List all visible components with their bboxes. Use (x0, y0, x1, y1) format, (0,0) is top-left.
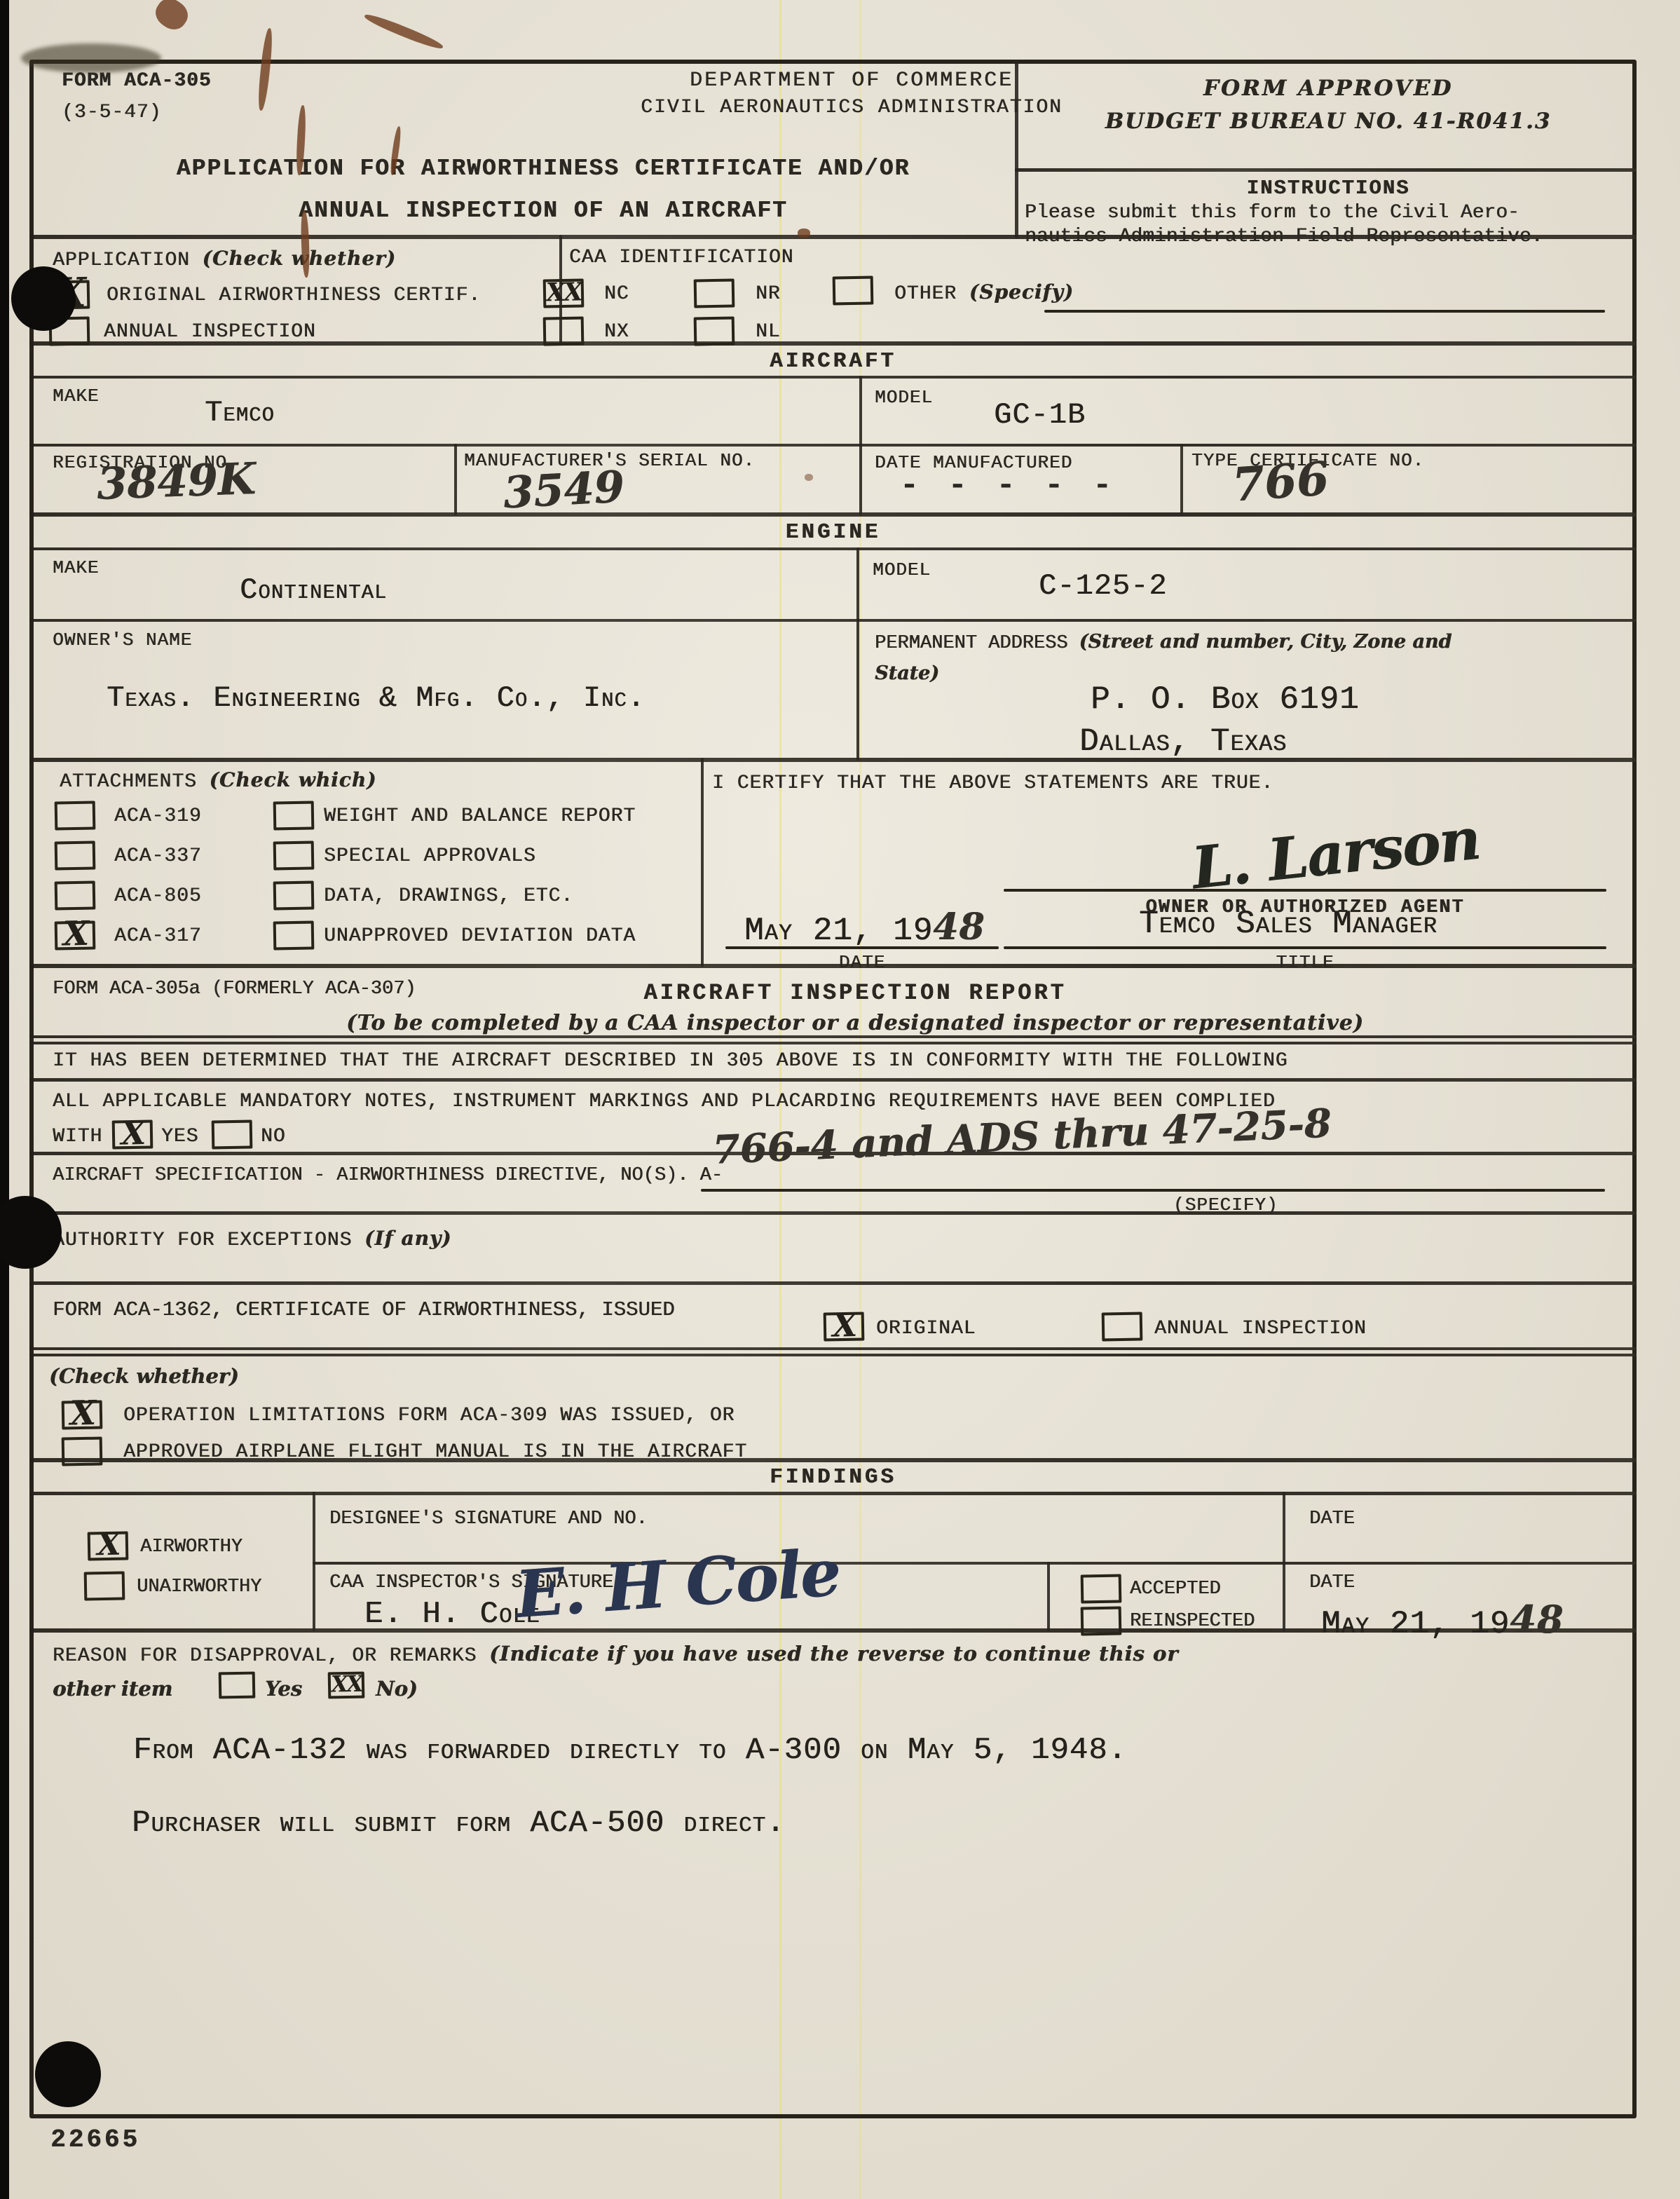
caa-inspector-typed-name: E. H. Cole (364, 1597, 540, 1632)
designee-signature-label: DESIGNEE'S SIGNATURE AND NO. (329, 1509, 648, 1530)
nc-checkmark: XX (546, 277, 582, 307)
aca-805-checkbox (55, 880, 96, 910)
inspection-report-title: AIRCRAFT INSPECTION REPORT (392, 980, 1318, 1006)
original-cert-label: ORIGINAL AIRWORTHINESS CERTIF. (107, 285, 481, 306)
owner-name-value: Texas. Engineering & Mfg. Co., Inc. (107, 681, 646, 715)
vrule-accepted-col (1047, 1562, 1050, 1631)
aircraft-section-title: AIRCRAFT (29, 349, 1637, 374)
vrule-reg-serial (454, 444, 457, 515)
inspection-date-label: DATE (1309, 1572, 1355, 1593)
owner-signature-line (1004, 889, 1606, 892)
issued-original-checkmark: X (832, 1306, 856, 1344)
reinspected-checkbox (1081, 1606, 1122, 1635)
airworthy-checkbox: X (88, 1531, 129, 1560)
data-drawings-checkbox (273, 880, 315, 910)
vrule-findings-left-col (313, 1492, 315, 1631)
specify-label: (SPECIFY) (1173, 1194, 1278, 1216)
accepted-checkbox (1081, 1574, 1122, 1603)
form-305a-line: FORM ACA-305a (FORMERLY ACA-307) (53, 979, 416, 1000)
special-approvals-checkbox (273, 840, 315, 870)
application-label: APPLICATION (Check whether) (53, 247, 396, 271)
engine-model-label: MODEL (873, 559, 931, 580)
remarks-label-line1: REASON FOR DISAPPROVAL, OR REMARKS (Indi… (53, 1642, 1178, 1667)
complied-yes-label: YES (161, 1126, 198, 1148)
vrule-aircraft-make-model (859, 376, 862, 447)
form-title-line1: APPLICATION FOR AIRWORTHINESS CERTIFICAT… (91, 156, 995, 182)
airworthy-checkmark: X (97, 1526, 119, 1563)
form-number: FORM ACA-305 (62, 70, 212, 92)
issued-annual-label: ANNUAL INSPECTION (1154, 1318, 1367, 1340)
aca-317-label: ACA-317 (114, 925, 202, 947)
aca-319-checkbox (55, 801, 96, 830)
nc-label: NC (604, 283, 629, 305)
remarks-yes-checkbox (219, 1672, 256, 1699)
aca-805-label: ACA-805 (114, 885, 202, 907)
instructions-line1: Please submit this form to the Civil Aer… (1025, 202, 1519, 224)
remarks-yes-label: Yes (265, 1677, 302, 1701)
address-label-text: PERMANENT ADDRESS (875, 633, 1067, 654)
designee-date-label: DATE (1309, 1509, 1355, 1530)
other-specify-line (1044, 310, 1605, 313)
inspection-report-subtitle: (To be completed by a CAA inspector or a… (112, 1011, 1598, 1035)
authority-note: (If any) (364, 1227, 451, 1250)
weight-balance-checkbox (273, 801, 315, 830)
smudge-top-border (21, 43, 161, 73)
date-mfg-value: - - - - - (900, 468, 1117, 503)
rule-1362-bottom-2 (29, 1354, 1637, 1356)
remarks-note2: Purchaser will submit form ACA-500 direc… (132, 1806, 786, 1841)
engine-model-value: C-125-2 (1039, 569, 1167, 603)
rule-aircraft-band-bottom (29, 376, 1637, 379)
special-approvals-label: SPECIAL APPROVALS (324, 845, 536, 867)
accepted-label: ACCEPTED (1130, 1579, 1221, 1600)
inspection-date-typed: May 21, 19 (1321, 1606, 1510, 1642)
unapproved-deviation-checkbox (273, 920, 315, 950)
rule-1362-bottom-1 (29, 1347, 1637, 1350)
type-cert-value: 766 (1230, 451, 1330, 512)
compliance-with-label: WITH (53, 1126, 102, 1148)
application-label-note: (Check whether) (203, 247, 396, 270)
findings-section-title: FINDINGS (29, 1465, 1637, 1490)
inspection-date-value: May 21, 1948 (1321, 1597, 1564, 1642)
rule-305a-bottom-2 (29, 1042, 1637, 1044)
rule-form-approved-bottom (1015, 168, 1637, 172)
aircraft-model-label: MODEL (875, 387, 933, 408)
scanned-form-page: FORM ACA-305 (3-5-47) DEPARTMENT OF COMM… (0, 0, 1680, 2199)
authority-exceptions-label: AUTHORITY FOR EXCEPTIONS (If any) (53, 1227, 451, 1251)
rule-designee-row-bottom (313, 1562, 1637, 1565)
unairworthy-checkbox (84, 1571, 125, 1600)
stain-dot-2 (805, 474, 813, 481)
serial-value: 3549 (502, 461, 625, 519)
vrule-attachments-cert (701, 758, 704, 967)
spec-directive-line: AIRCRAFT SPECIFICATION - AIRWORTHINESS D… (53, 1165, 723, 1186)
nl-checkbox (694, 316, 735, 346)
nx-checkbox (543, 316, 585, 346)
nl-label: NL (756, 321, 781, 343)
authority-label-text: AUTHORITY FOR EXCEPTIONS (53, 1230, 352, 1251)
weight-balance-label: WEIGHT AND BALANCE REPORT (324, 805, 636, 827)
reinspected-label: REINSPECTED (1130, 1611, 1255, 1632)
cert-title-label: TITLE (1004, 952, 1606, 973)
engine-make-label: MAKE (53, 557, 99, 578)
engine-section-title: ENGINE (29, 520, 1637, 545)
remarks-no-checkmark: XX (331, 1670, 362, 1698)
op-limitations-checkbox: X (62, 1400, 103, 1429)
cert-date-value: May 21, 1948 (744, 906, 985, 949)
issued-original-label: ORIGINAL (876, 1318, 976, 1340)
aca-337-label: ACA-337 (114, 845, 202, 867)
remarks-no-label: No) (376, 1677, 418, 1701)
form-revision: (3-5-47) (62, 102, 161, 123)
vrule-serial-date (859, 444, 862, 515)
hole-punch-bottom (35, 2041, 101, 2107)
nc-checkbox: XX (543, 278, 585, 308)
issued-annual-checkbox (1102, 1312, 1143, 1341)
aca-319-label: ACA-319 (114, 805, 202, 827)
form-approved-line1: FORM APPROVED (1044, 76, 1612, 101)
remarks-note-line1: (Indicate if you have used the reverse t… (489, 1642, 1178, 1666)
aircraft-model-value: GC-1B (994, 398, 1086, 432)
stain-streak-2 (363, 11, 445, 52)
flight-manual-label: APPROVED AIRPLANE FLIGHT MANUAL IS IN TH… (123, 1441, 747, 1463)
complied-yes-checkbox: X (112, 1119, 153, 1149)
complied-no-checkbox (212, 1119, 253, 1149)
cert-1362-line: FORM ACA-1362, CERTIFICATE OF AIRWORTHIN… (53, 1298, 675, 1321)
airworthy-label: AIRWORTHY (140, 1537, 243, 1558)
complied-no-label: NO (261, 1126, 286, 1148)
rule-reg-row-bottom (29, 512, 1637, 517)
cert-date-typed: May 21, 19 (744, 913, 933, 949)
attachments-label: ATTACHMENTS (Check which) (60, 768, 376, 793)
op-limitations-label: OPERATION LIMITATIONS FORM ACA-309 WAS I… (123, 1405, 735, 1427)
document-serial-number: 22665 (50, 2125, 140, 2154)
aca-317-checkbox: X (55, 920, 96, 950)
aca-317-checkmark: X (62, 913, 87, 953)
address-label-line: PERMANENT ADDRESS (Street and number, Ci… (875, 631, 1452, 654)
instructions-title: INSTRUCTIONS (1044, 177, 1612, 200)
rule-owner-row-bottom (29, 758, 1637, 762)
stain-dot-1 (798, 229, 810, 238)
rule-determination-bottom (29, 1078, 1637, 1082)
nr-checkbox (694, 278, 735, 308)
vrule-date-col (1283, 1492, 1285, 1631)
address-note-line1: (Street and number, City, Zone and (1079, 631, 1452, 653)
issued-original-checkbox: X (824, 1312, 865, 1341)
check-whether-note: (Check whether) (49, 1364, 239, 1388)
cert-title-line (1004, 946, 1606, 949)
remarks-note1: From ACA-132 was forwarded directly to A… (133, 1733, 1127, 1768)
owner-name-label: OWNER'S NAME (53, 629, 192, 651)
scan-edge-strip (0, 0, 9, 2199)
nr-label: NR (756, 283, 781, 305)
address-line2: Dallas, Texas (1079, 723, 1287, 760)
rule-engine-row-bottom (29, 619, 1637, 622)
cert-date-label: DATE (725, 952, 999, 973)
other-label: OTHER (Specify) (894, 280, 1074, 305)
caa-id-label: CAA IDENTIFICATION (569, 247, 793, 268)
other-checkbox (833, 275, 874, 305)
vrule-date-typecert (1180, 444, 1183, 515)
address-note-line2: State) (875, 662, 939, 684)
agency-line2: CIVIL AERONAUTICS ADMINISTRATION (592, 97, 1111, 118)
nx-label: NX (604, 321, 629, 343)
unapproved-deviation-label: UNAPPROVED DEVIATION DATA (324, 925, 636, 947)
rule-make-row-bottom (29, 444, 1637, 447)
remarks-label-text: REASON FOR DISAPPROVAL, OR REMARKS (53, 1645, 489, 1667)
address-line1: P. O. Box 6191 (1091, 681, 1360, 718)
compliance-line: ALL APPLICABLE MANDATORY NOTES, INSTRUME… (53, 1091, 1276, 1112)
certify-statement: I CERTIFY THAT THE ABOVE STATEMENTS ARE … (712, 772, 1273, 794)
spec-directive-line-rule (701, 1189, 1605, 1192)
op-limitations-checkmark: X (69, 1393, 94, 1433)
inspection-date-written: 48 (1510, 1597, 1564, 1642)
attachments-label-note: (Check which) (210, 768, 377, 791)
form-title-line2: ANNUAL INSPECTION OF AN AIRCRAFT (91, 198, 995, 224)
instructions-line2: nautics Administration Field Representat… (1025, 226, 1543, 247)
determination-line: IT HAS BEEN DETERMINED THAT THE AIRCRAFT… (53, 1050, 1288, 1072)
vrule-engine-make-model (856, 547, 859, 622)
complied-yes-checkmark: X (121, 1114, 144, 1152)
attachments-label-text: ATTACHMENTS (60, 771, 197, 793)
rule-authority-bottom (29, 1281, 1637, 1285)
form-approved-line2: BUDGET BUREAU NO. 41-R041.3 (1044, 109, 1612, 134)
data-drawings-label: DATA, DRAWINGS, ETC. (324, 885, 573, 907)
remarks-no-checkbox: XX (328, 1672, 365, 1699)
aca-337-checkbox (55, 840, 96, 870)
engine-make-value: Continental (240, 573, 387, 607)
rule-findings-band-bottom (29, 1492, 1637, 1495)
remarks-note-line2: other item (53, 1677, 172, 1701)
rule-engine-band-bottom (29, 547, 1637, 550)
vrule-owner-address (856, 619, 859, 761)
rule-spec-bottom (29, 1211, 1637, 1215)
aircraft-make-value: Temco (205, 396, 275, 430)
stain-top-edge (151, 0, 193, 35)
cert-title-value: Temco Sales Manager (1139, 906, 1437, 942)
cert-date-written: 48 (933, 906, 985, 948)
other-label-text: OTHER (894, 283, 957, 305)
hole-punch-top (11, 266, 76, 331)
aircraft-make-label: MAKE (53, 386, 99, 407)
flight-manual-checkbox (62, 1436, 103, 1466)
registration-value: 3849K (96, 453, 257, 510)
cert-date-line (725, 946, 999, 949)
agency-line1: DEPARTMENT OF COMMERCE (634, 69, 1069, 93)
annual-inspection-label: ANNUAL INSPECTION (104, 321, 316, 343)
other-specify-note: (Specify) (969, 280, 1074, 304)
unairworthy-label: UNAIRWORTHY (137, 1577, 261, 1598)
rule-305a-bottom-1 (29, 1035, 1637, 1038)
